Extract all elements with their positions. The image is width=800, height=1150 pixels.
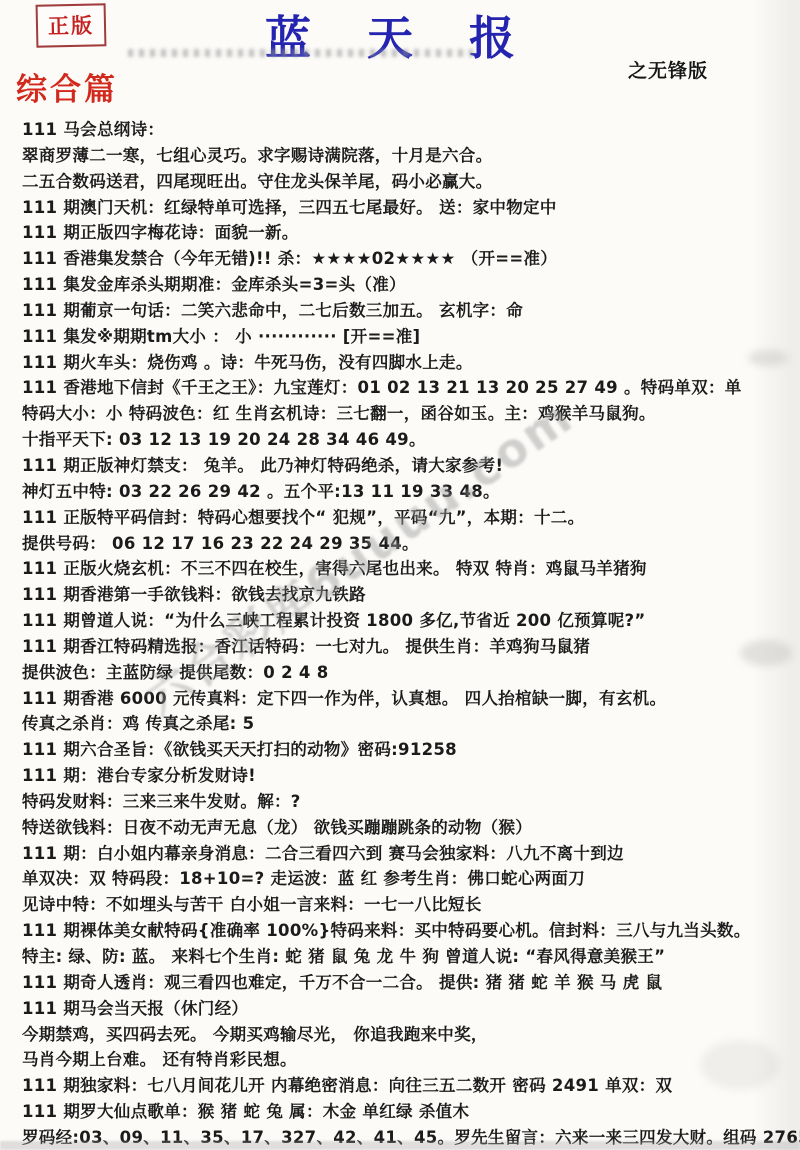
text-line: 111 香港集发禁合（今年无错)!! 杀：★★★★02★★★★ （开==准） xyxy=(22,246,792,272)
text-line: 111 期奇人透肖：观三看四也难定，千万不合一二合。 提供: 猪 猪 蛇 羊 猴… xyxy=(22,970,792,996)
text-line: 111 期澳门天机：红绿特单可选择，三四五七尾最好。 送：家中物定中 xyxy=(22,195,792,221)
text-line: 今期禁鸡，买四码去死。 今期买鸡输尽光， 你追我跑来中奖， xyxy=(22,1022,792,1048)
text-line: 111 期马会当天报（休门经） xyxy=(22,996,792,1022)
text-line: 111 集发※期期tm大小 ： 小 ············ [开==准] xyxy=(22,324,792,350)
text-line: 111 正版特平码信封：特码心想要找个“ 犯规”，平码“九”，本期：十二。 xyxy=(22,505,792,531)
text-line: 马肖今期上台难。 还有特肖彩民想。 xyxy=(22,1047,792,1073)
text-line: 111 期曾道人说：“为什么三峡工程累计投资 1800 多亿,节省近 200 亿… xyxy=(22,608,792,634)
text-line: 111 香港地下信封《千王之王》：九宝莲灯：01 02 13 21 13 20 … xyxy=(22,375,792,401)
text-line: 111 期葡京一句话：二笑六悲命中，二七后数三加五。 玄机字：命 xyxy=(22,298,792,324)
section-title: 综合篇 xyxy=(16,64,118,109)
edition-label: 之无锋版 xyxy=(628,56,708,83)
text-line: 111 期正版神灯禁支： 兔羊。 此乃神灯特码绝杀，请大家参考! xyxy=(22,453,792,479)
text-line: 111 马会总纲诗： xyxy=(22,117,792,143)
text-line: 特主: 绿、防: 蓝。 来料七个生肖: 蛇 猪 鼠 兔 龙 牛 狗 曾道人说: … xyxy=(22,944,792,970)
text-line: 111 期香江特码精选报：香江话特码：一七对九。 提供生肖：羊鸡狗马鼠猪 xyxy=(22,634,792,660)
text-line: 提供号码： 06 12 17 16 23 22 24 29 35 44。 xyxy=(22,531,792,557)
text-line: 111 期：白小姐内幕亲身消息：二合三看四六到 赛马会独家料：八九不离十到边 xyxy=(22,841,792,867)
text-line: 111 期裸体美女献特码{准确率 100%}特码来料：买中特码要心机。信封料：三… xyxy=(22,918,792,944)
text-line: 111 期正版四字梅花诗：面貌一新。 xyxy=(22,220,792,246)
text-line: 111 期六合圣旨：《欲钱买天天打扫的动物》密码:91258 xyxy=(22,737,792,763)
text-line: 翠商罗薄二一寒，七组心灵巧。求字赐诗满院落，十月是六合。 xyxy=(22,143,792,169)
text-line: 111 期：港台专家分析发财诗! xyxy=(22,763,792,789)
text-line: 传真之杀肖：鸡 传真之杀尾: 5 xyxy=(22,711,792,737)
text-line: 111 期独家料：七八月间花儿开 内幕绝密消息：向往三五二数开 密码 2491 … xyxy=(22,1073,792,1099)
text-line: 单双决：双 特码段：18+10=? 走运波：蓝 红 参考生肖：佛口蛇心两面刀 xyxy=(22,866,792,892)
text-line: 111 集发金库杀头期期准：金库杀头=3=头（准） xyxy=(22,272,792,298)
text-line: 特码大小：小 特码波色：红 生肖玄机诗：三七翻一，函谷如玉。主：鸡猴羊马鼠狗。 xyxy=(22,401,792,427)
text-line: 特送欲钱料：日夜不动无声无息（龙） 欲钱买蹦蹦跳条的动物（猴） xyxy=(22,815,792,841)
scan-artifact-bottom xyxy=(0,1141,800,1150)
text-line: 111 期香港 6000 元传真料：定下四一作为伴，认真想。 四人抬棺缺一脚，有… xyxy=(22,686,792,712)
text-line: 神灯五中特: 03 22 26 29 42 。五个平:13 11 19 33 4… xyxy=(22,479,792,505)
text-line: 111 期火车头：烧伤鸡 。诗：牛死马伤，没有四脚水上走。 xyxy=(22,350,792,376)
text-line: 二五合数码送君，四尾现旺出。守住龙头保羊尾，码小必赢大。 xyxy=(22,169,792,195)
text-line: 见诗中特：不如埋头与苦干 白小姐一言来料：一七一八比短长 xyxy=(22,892,792,918)
tip-sheet-body: 111 马会总纲诗： 翠商罗薄二一寒，七组心灵巧。求字赐诗满院落，十月是六合。 … xyxy=(22,117,792,1150)
text-line: 特码发财料：三来三来牛发财。解：? xyxy=(22,789,792,815)
text-line: 111 期罗大仙点歌单：猴 猪 蛇 兔 属：木金 单红绿 杀值木 xyxy=(22,1099,792,1125)
text-line: 十指平天下: 03 12 13 19 20 24 28 34 46 49。 xyxy=(22,427,792,453)
faint-watermark-smudge xyxy=(128,49,473,57)
text-line: 111 期香港第一手欲钱料：欲钱去找京九铁路 xyxy=(22,582,792,608)
text-line: 提供波色：主蓝防绿 提供尾数：0 2 4 8 xyxy=(22,660,792,686)
text-line: 111 正版火烧玄机：不三不四在校生，害得六尾也出来。 特双 特肖：鸡鼠马羊猪狗 xyxy=(22,556,792,582)
